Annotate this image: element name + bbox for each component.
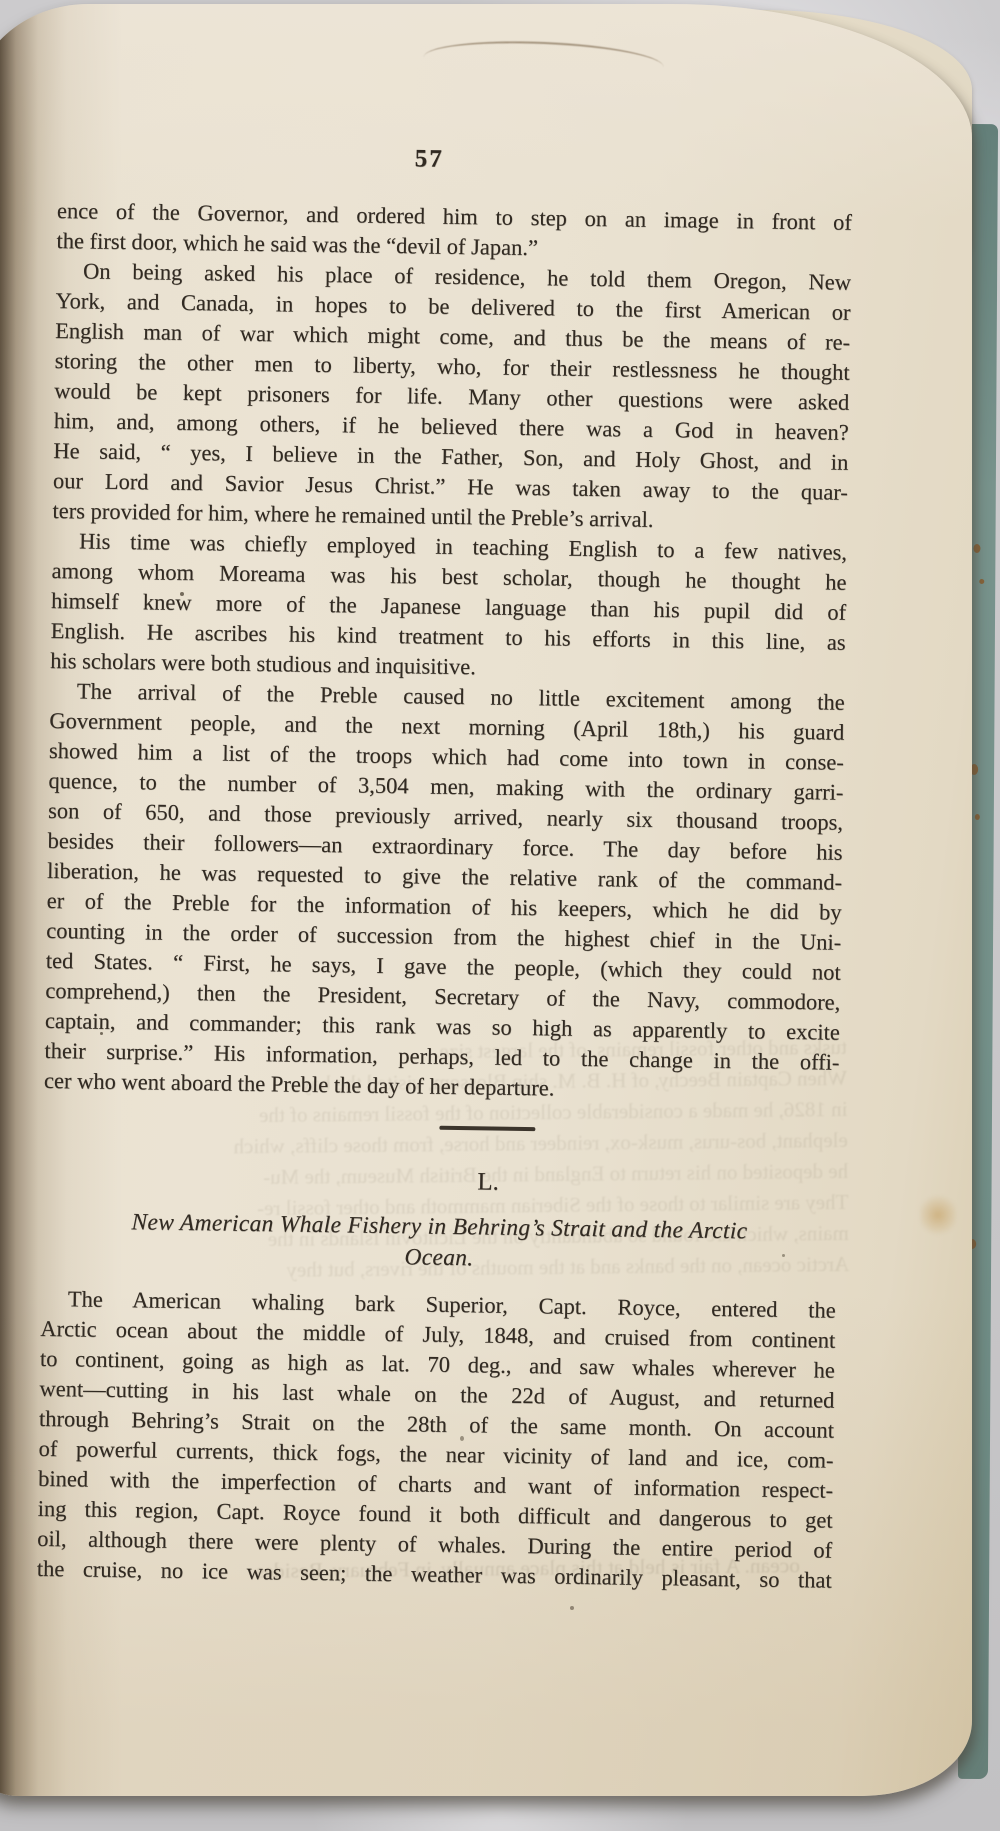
cover-rust-spot (975, 814, 980, 820)
section-divider-rule (439, 1126, 535, 1131)
body-text-lower: The American whaling bark Superior, Capt… (37, 1284, 836, 1596)
foxing-stain (920, 1192, 956, 1238)
photo-backdrop: tusks and other fossil remains, of the l… (0, 0, 1000, 1831)
paper-speck (570, 1606, 574, 1610)
cover-rust-spot (973, 544, 980, 553)
page-edge-crease (424, 37, 665, 67)
page-number: 57 (31, 140, 826, 186)
section-label: L. (90, 1163, 885, 1207)
section-heading: New American Whale Fishery in Behring’s … (41, 1206, 837, 1280)
printed-text: 57 ence of the Governor, and ordered him… (37, 140, 853, 1596)
book-page: tusks and other fossil remains, of the l… (0, 4, 972, 1796)
body-text-upper: ence of the Governor, and ordered him to… (44, 196, 852, 1108)
cover-rust-spot (979, 579, 984, 584)
